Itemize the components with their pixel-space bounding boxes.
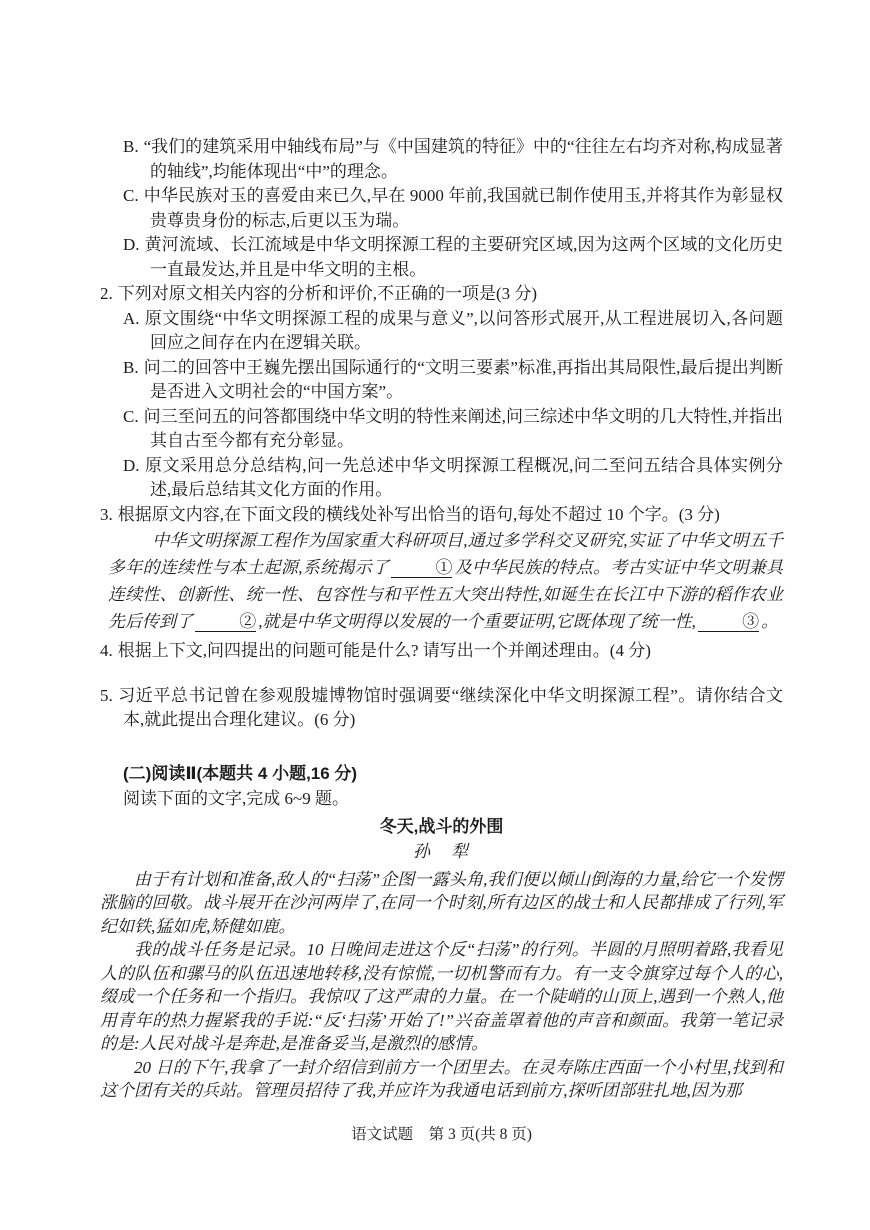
question-text: 根据上下文,问四提出的问题可能是什么? 请写出一个并阐述理由。(4 分) — [118, 641, 651, 660]
question-text: 习近平总书记曾在参观殷墟博物馆时强调要“继续深化中华文明探源工程”。请你结合文本… — [118, 686, 783, 730]
question-2: 2.下列对原文相关内容的分析和评价,不正确的一项是(3 分) A.原文围绕“中华… — [100, 282, 783, 503]
q2-option-b: B.问二的回答中王巍先摆出国际通行的“文明三要素”标准,再指出其局限性,最后提出… — [123, 356, 783, 405]
q2-option-c: C.问三至问五的问答都围绕中华文明的特性来阐述,问三综述中华文明的几大特性,并指… — [123, 405, 783, 454]
question-number: 4. — [100, 641, 118, 660]
question-number: 2. — [100, 284, 118, 303]
option-label: D. — [123, 235, 145, 254]
option-text: 原文围绕“中华文明探源工程的成果与意义”,以问答形式展开,从工程进展切入,各问题… — [145, 309, 783, 353]
q3-segment: 。 — [761, 612, 778, 631]
q3-segment: ,就是中华文明得以发展的一个重要证明,它既体现了统一性, — [258, 612, 696, 631]
q3-blank-1: ① — [391, 558, 452, 578]
section-instruction: 阅读下面的文字,完成 6~9 题。 — [123, 786, 783, 811]
option-text: 问三至问五的问答都围绕中华文明的特性来阐述,问三综述中华文明的几大特性,并指出其… — [144, 407, 783, 451]
option-label: B. — [123, 137, 144, 156]
passage-paragraph: 20 日的下午,我拿了一封介绍信到前方一个团里去。在灵寿陈庄西面一个小村里,找到… — [100, 1056, 783, 1103]
q3-stem: 3.根据原文内容,在下面文段的横线处补写出恰当的语句,每处不超过 10 个字。(… — [100, 503, 783, 528]
option-text: 黄河流域、长江流域是中华文明探源工程的主要研究区域,因为这两个区域的文化历史一直… — [145, 235, 783, 279]
q2-option-d: D.原文采用总分总结构,问一先总述中华文明探源工程概况,问二至问五结合具体实例分… — [123, 454, 783, 503]
option-label: C. — [123, 407, 144, 426]
question-4: 4.根据上下文,问四提出的问题可能是什么? 请写出一个并阐述理由。(4 分) — [100, 639, 783, 664]
q3-blank-3: ③ — [698, 612, 759, 632]
option-text: “我们的建筑采用中轴线布局”与《中国建筑的特征》中的“往往左右均齐对称,构成显著… — [144, 137, 783, 181]
q1-option-d: D.黄河流域、长江流域是中华文明探源工程的主要研究区域,因为这两个区域的文化历史… — [123, 233, 783, 282]
question-number: 5. — [100, 686, 118, 705]
option-text: 问二的回答中王巍先摆出国际通行的“文明三要素”标准,再指出其局限性,最后提出判断… — [144, 358, 783, 402]
q3-blank-2: ② — [195, 612, 256, 632]
section-header: (二)阅读Ⅱ(本题共 4 小题,16 分) — [123, 761, 783, 786]
passage-author: 孙 犁 — [100, 839, 783, 864]
q1-option-b: B.“我们的建筑采用中轴线布局”与《中国建筑的特征》中的“往往左右均齐对称,构成… — [123, 135, 783, 184]
question-text: 下列对原文相关内容的分析和评价,不正确的一项是(3 分) — [118, 284, 537, 303]
question-5: 5.习近平总书记曾在参观殷墟博物馆时强调要“继续深化中华文明探源工程”。请你结合… — [100, 684, 783, 733]
option-label: B. — [123, 358, 144, 377]
question-3: 3.根据原文内容,在下面文段的横线处补写出恰当的语句,每处不超过 10 个字。(… — [100, 503, 783, 636]
exam-page: B.“我们的建筑采用中轴线布局”与《中国建筑的特征》中的“往往左右均齐对称,构成… — [0, 0, 870, 1230]
option-label: D. — [123, 456, 145, 475]
section-reading-2: (二)阅读Ⅱ(本题共 4 小题,16 分) 阅读下面的文字,完成 6~9 题。 … — [100, 761, 783, 1103]
passage-paragraph: 我的战斗任务是记录。10 日晚间走进这个反“扫荡”的行列。半圆的月照明着路,我看… — [100, 938, 783, 1056]
page-footer: 语文试题 第 3 页(共 8 页) — [100, 1125, 783, 1145]
passage-body: 由于有计划和准备,敌人的“扫荡”企图一露头角,我们便以倾山倒海的力量,给它一个发… — [100, 868, 783, 1103]
option-label: C. — [123, 186, 144, 205]
option-text: 原文采用总分总结构,问一先总述中华文明探源工程概况,问二至问五结合具体实例分述,… — [145, 456, 783, 500]
q1-option-c: C.中华民族对玉的喜爱由来已久,早在 9000 年前,我国就已制作使用玉,并将其… — [123, 184, 783, 233]
passage-paragraph: 由于有计划和准备,敌人的“扫荡”企图一露头角,我们便以倾山倒海的力量,给它一个发… — [100, 868, 783, 939]
option-label: A. — [123, 309, 145, 328]
question-text: 根据原文内容,在下面文段的横线处补写出恰当的语句,每处不超过 10 个字。(3 … — [118, 505, 720, 524]
passage-title: 冬天,战斗的外围 — [100, 814, 783, 839]
option-text: 中华民族对玉的喜爱由来已久,早在 9000 年前,我国就已制作使用玉,并将其作为… — [144, 186, 783, 230]
question-number: 3. — [100, 505, 118, 524]
q3-passage: 中华文明探源工程作为国家重大科研项目,通过多学科交叉研究,实证了中华文明五千多年… — [108, 527, 783, 635]
q2-stem: 2.下列对原文相关内容的分析和评价,不正确的一项是(3 分) — [100, 282, 783, 307]
q2-option-a: A.原文围绕“中华文明探源工程的成果与意义”,以问答形式展开,从工程进展切入,各… — [123, 307, 783, 356]
